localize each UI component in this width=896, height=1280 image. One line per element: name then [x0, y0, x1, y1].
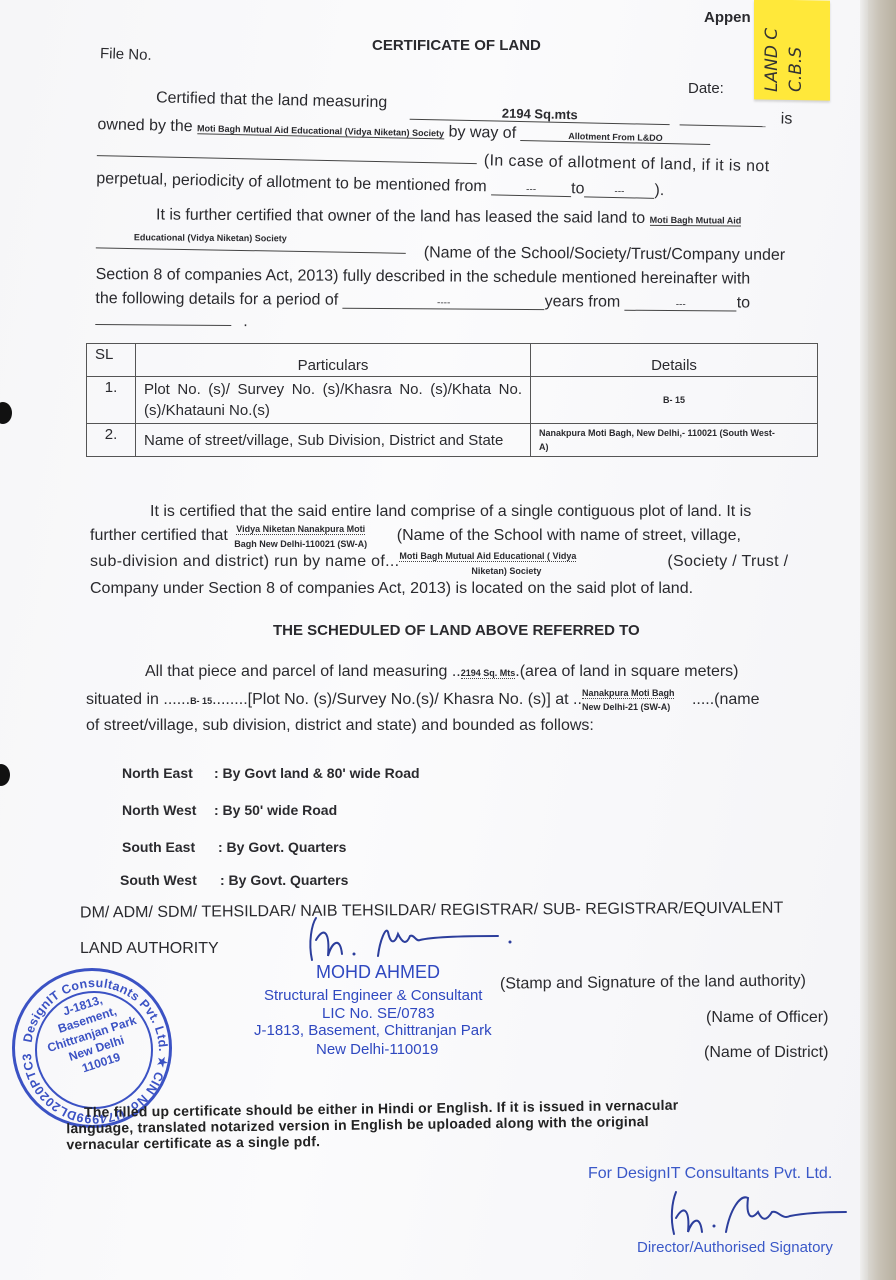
- director-signature: [650, 1188, 850, 1240]
- engineer-address-1: J-1813, Basement, Chittranjan Park: [254, 1022, 492, 1039]
- row-details: Nanakpura Moti Bagh, New Delhi,- 110021 …: [531, 424, 818, 457]
- owner-value: Moti Bagh Mutual Aid Educational (Vidya …: [197, 123, 444, 139]
- table-row: 1. Plot No. (s)/ Survey No. (s)/Khasra N…: [87, 377, 818, 424]
- boundary-value: : By Govt. Quarters: [220, 872, 348, 888]
- district-label: (Name of District): [704, 1044, 828, 1062]
- authority-line-2: LAND AUTHORITY: [80, 940, 219, 958]
- close-paren: ).: [654, 182, 664, 199]
- further-label: further certified that: [90, 527, 228, 544]
- boundary-direction: North East: [122, 765, 214, 781]
- row-particulars: Name of street/village, Sub Division, Di…: [136, 424, 531, 457]
- years-from-value: ---: [625, 299, 737, 312]
- period-value: ----: [343, 297, 545, 310]
- situated-line: situated in ......B- 15........[Plot No.…: [86, 691, 760, 709]
- binder-edge: [868, 0, 896, 1280]
- boundary-item: South East: By Govt. Quarters: [122, 839, 346, 855]
- lessee-line-1: Moti Bagh Mutual Aid: [650, 215, 742, 227]
- stamp-signature-label: (Stamp and Signature of the land authori…: [500, 972, 806, 993]
- boundary-direction: South East: [122, 839, 218, 855]
- plot-suffix: ........[Plot No. (s)/Survey No.(s)/ Kha…: [212, 691, 582, 708]
- sticky-line-1: LAND C: [760, 2, 784, 92]
- appendix-label: Appen: [704, 9, 751, 26]
- period-end: .: [243, 313, 248, 331]
- society-fill: Moti Bagh Mutual Aid Educational ( Vidya…: [399, 553, 667, 569]
- school-line-1: Vidya Niketan Nanakpura Moti: [236, 524, 365, 535]
- boundary-item: North West: By 50' wide Road: [122, 802, 337, 818]
- footer-note: The filled up certificate should be eith…: [84, 1097, 679, 1152]
- header-sl: SL: [87, 344, 136, 377]
- measuring-prefix: All that piece and parcel of land measur…: [145, 663, 461, 680]
- is-word: is: [781, 110, 793, 128]
- land-details-table: SL Particulars Details 1. Plot No. (s)/ …: [86, 343, 818, 457]
- boundary-direction: North West: [122, 802, 214, 818]
- boundary-direction: South West: [120, 872, 220, 888]
- boundary-value: : By 50' wide Road: [214, 802, 337, 818]
- boundary-item: South West: By Govt. Quarters: [120, 872, 348, 888]
- lease-prefix: It is further certified that owner of th…: [156, 206, 645, 226]
- boundary-value: : By Govt. Quarters: [218, 839, 346, 855]
- to-value: ---: [584, 185, 654, 198]
- period-label: the following details for a period of: [95, 290, 338, 309]
- to-label: to: [571, 180, 585, 197]
- run-by-line: sub-division and district) run by name o…: [90, 553, 788, 571]
- bounded-line: of street/village, sub division, distric…: [86, 717, 594, 735]
- located-line: Company under Section 8 of companies Act…: [90, 580, 693, 598]
- engineer-name: MOHD AHMED: [316, 962, 440, 983]
- sticky-note-text: LAND C C.B.S: [760, 2, 808, 92]
- years-from-label: years from: [545, 293, 621, 311]
- society-note: (Society / Trust /: [667, 553, 788, 570]
- page-title: CERTIFICATE OF LAND: [372, 37, 541, 54]
- name-note: (Name of the School/Society/Trust/Compan…: [424, 244, 785, 265]
- further-certified-line: further certified that Vidya Niketan Nan…: [90, 527, 741, 545]
- contiguous-line: It is certified that the said entire lan…: [150, 503, 751, 521]
- sticky-line-2: C.B.S: [784, 2, 808, 92]
- situated-prefix: situated in ......: [86, 691, 190, 708]
- schedule-heading: THE SCHEDULED OF LAND ABOVE REFERRED TO: [273, 622, 640, 639]
- boundary-item: North East: By Govt land & 80' wide Road: [122, 765, 420, 781]
- school-note: (Name of the School with name of street,…: [397, 527, 741, 544]
- officer-label: (Name of Officer): [706, 1009, 828, 1027]
- row-sl: 2.: [87, 424, 136, 457]
- table-row: 2. Name of street/village, Sub Division,…: [87, 424, 818, 457]
- engineer-license: LIC No. SE/0783: [322, 1005, 435, 1022]
- location-line-2: New Delhi-21 (SW-A): [582, 702, 670, 712]
- engineer-title: Structural Engineer & Consultant: [264, 987, 482, 1004]
- table-header-row: SL Particulars Details: [87, 344, 818, 377]
- lessee-line-2: Educational (Vidya Niketan) Society: [134, 232, 287, 243]
- to-label: to: [737, 295, 750, 312]
- row-particulars: Plot No. (s)/ Survey No. (s)/Khasra No. …: [136, 377, 531, 424]
- location-line-1: Nanakpura Moti Bagh: [582, 688, 675, 699]
- location-suffix: .....(name: [692, 691, 760, 708]
- engineer-address-2: New Delhi-110019: [316, 1041, 438, 1058]
- school-fill: Vidya Niketan Nanakpura Moti Bagh New De…: [232, 527, 392, 543]
- for-company-label: For DesignIT Consultants Pvt. Ltd.: [588, 1165, 832, 1183]
- from-value: ---: [491, 183, 571, 197]
- measuring-line: All that piece and parcel of land measur…: [145, 663, 739, 681]
- location-fill: Nanakpura Moti Bagh New Delhi-21 (SW-A): [582, 691, 692, 707]
- measuring-suffix: .(area of land in square meters): [515, 663, 738, 680]
- society-line-2: Niketan) Society: [471, 566, 541, 576]
- date-label: Date:: [688, 80, 724, 97]
- plot-value: B- 15: [190, 696, 212, 706]
- file-no-label: File No.: [100, 45, 152, 64]
- boundary-value: : By Govt land & 80' wide Road: [214, 765, 420, 781]
- director-designation: Director/Authorised Signatory: [637, 1239, 833, 1256]
- page-edge-shadow: [860, 0, 868, 1280]
- society-line-1: Moti Bagh Mutual Aid Educational ( Vidya: [399, 551, 576, 562]
- header-particulars: Particulars: [136, 344, 531, 377]
- header-details: Details: [531, 344, 818, 377]
- run-by-label: sub-division and district) run by name o…: [90, 553, 399, 570]
- measuring-value: 2194 Sq. Mts: [461, 668, 516, 679]
- by-way-value: Allotment From L&DO: [520, 130, 710, 145]
- row-details: B- 15: [531, 377, 818, 424]
- owned-by-label: owned by the: [97, 116, 193, 135]
- school-line-2: Bagh New Delhi-110021 (SW-A): [234, 539, 367, 549]
- by-way-label: by way of: [448, 124, 516, 142]
- row-sl: 1.: [87, 377, 136, 424]
